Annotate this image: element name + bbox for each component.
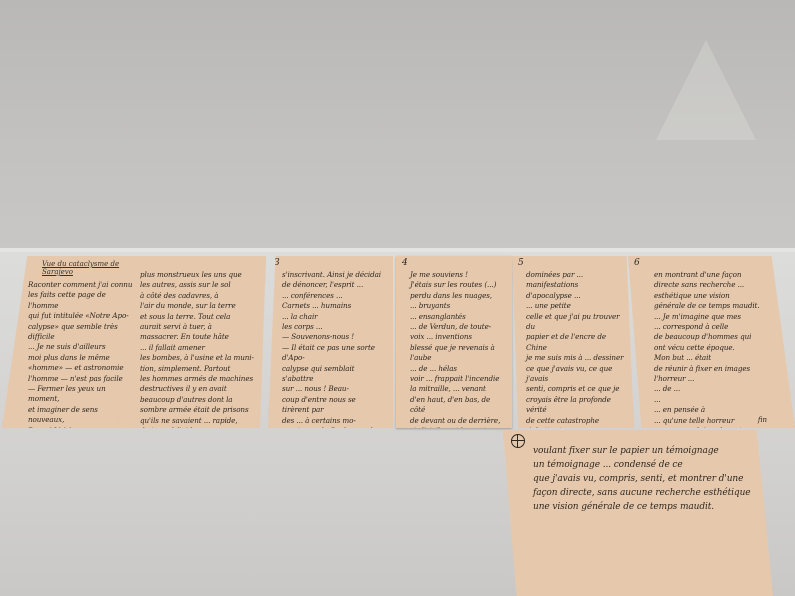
manuscript-page-2: 2 plus monstrueux les uns que les autres… <box>118 256 266 428</box>
handwritten-text: plus monstrueux les uns que les autres, … <box>140 270 258 428</box>
page-number: 5 <box>518 258 524 268</box>
handwritten-text: Je me souviens ! J'étais sur les routes … <box>410 270 504 428</box>
signature: fin <box>758 416 767 424</box>
manuscript-page-4: 4 Je me souviens ! J'étais sur les route… <box>396 256 512 428</box>
manuscript-page-3: 3 s'inscrivant. Ainsi je décidai de déno… <box>268 256 393 428</box>
manuscript-note-page: voulant fixer sur le papier un témoignag… <box>503 430 773 596</box>
handwritten-text: s'inscrivant. Ainsi je décidai de dénonc… <box>282 270 385 428</box>
page-number: 4 <box>402 258 408 268</box>
circled-cross-icon <box>511 434 525 448</box>
manuscript-page-5: 5 dominées par ... manifestations d'apoc… <box>512 256 634 428</box>
manuscript-page-6: 6 en montrant d'une façon directe sans r… <box>628 256 795 428</box>
light-reflection <box>656 40 756 140</box>
handwritten-text: Raconter comment j'ai connu les faits ce… <box>28 280 134 428</box>
page-number: 6 <box>634 258 640 268</box>
handwritten-text: dominées par ... manifestations d'apocal… <box>526 270 626 428</box>
handwritten-text: en montrant d'une façon directe sans rec… <box>654 270 787 428</box>
handwritten-text: voulant fixer sur le papier un témoignag… <box>533 444 765 514</box>
page-title: Vue du cataclysme de Sarajevo <box>42 260 142 276</box>
